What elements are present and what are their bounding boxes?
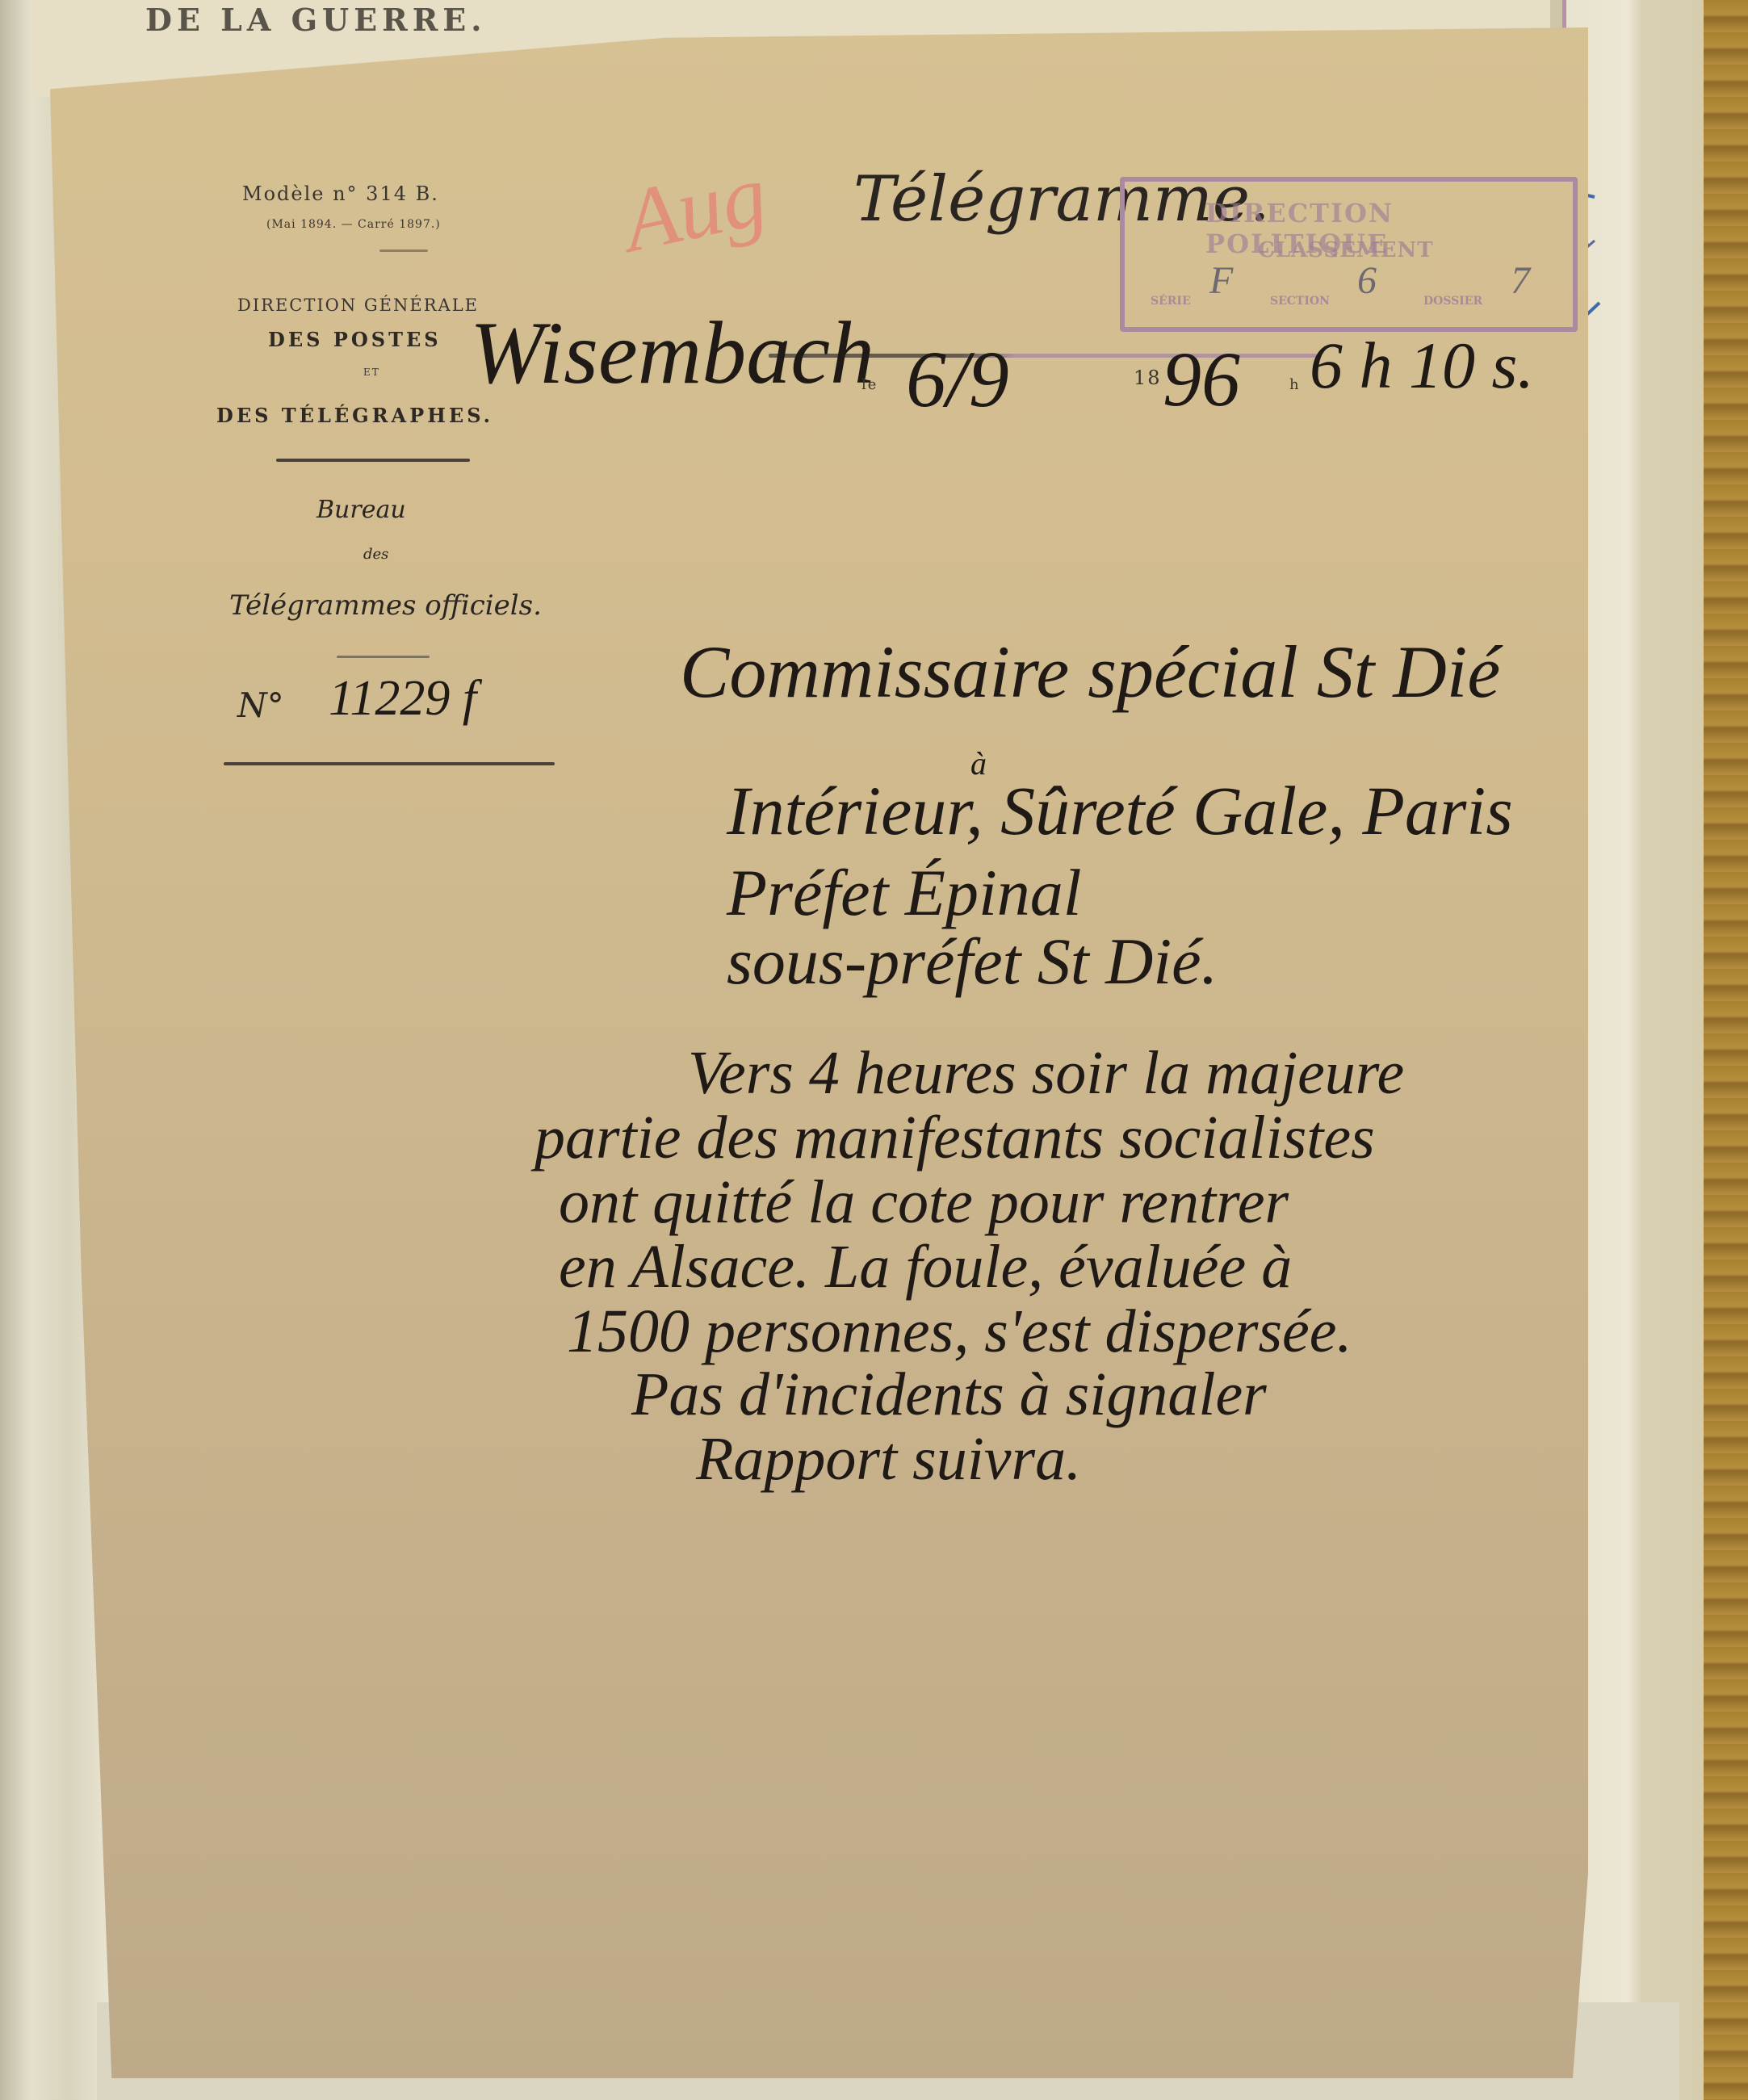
stamp-label-serie: SÉRIE	[1151, 295, 1191, 308]
message-line: Vers 4 heures soir la majeure	[688, 1038, 1404, 1109]
telegram-sheet: Modèle n° 314 B. (Mai 1894. — Carré 1897…	[50, 27, 1588, 2078]
origin-year-prefix: 18	[1134, 367, 1162, 389]
origin-time-label: h	[1289, 376, 1301, 393]
message-line: ont quitté la cote pour rentrer	[559, 1167, 1289, 1238]
origin-place: Wisembach	[470, 302, 874, 404]
direction-line2: DES POSTES	[268, 328, 442, 351]
stamp-value-section: 6	[1357, 258, 1377, 303]
stamp-value-dossier: 7	[1511, 258, 1530, 303]
recipient-line: sous-préfet St Dié.	[727, 924, 1218, 1000]
top-sheet-heading: DE LA GUERRE.	[145, 2, 487, 38]
origin-date: 6/9	[906, 333, 1009, 425]
divider	[276, 459, 470, 462]
stamp-label-dossier: DOSSIER	[1423, 295, 1482, 308]
telegram-number: 11229 f	[329, 670, 476, 727]
origin-year: 96	[1163, 334, 1240, 424]
background-wooden-table	[1704, 0, 1748, 2100]
message-line: partie des manifestants socialistes	[534, 1103, 1375, 1173]
direction-line3: DES TÉLÉGRAPHES.	[216, 404, 493, 427]
origin-le-label: le	[861, 376, 878, 393]
number-underline	[224, 762, 555, 765]
bureau-line1: Bureau	[316, 496, 406, 524]
model-subtitle: (Mai 1894. — Carré 1897.)	[266, 218, 441, 231]
direction-and: ET	[363, 367, 380, 378]
bureau-line3: Télégrammes officiels.	[229, 589, 542, 622]
message-line: Rapport suivra.	[696, 1424, 1081, 1494]
message-line: en Alsace. La foule, évaluée à	[559, 1232, 1292, 1302]
stamp-value-serie: F	[1209, 258, 1233, 303]
bureau-line2: des	[363, 546, 388, 563]
divider	[379, 249, 428, 252]
number-label: N°	[237, 685, 284, 725]
stamp-line2: CLASSEMENT	[1258, 238, 1434, 262]
red-pencil-annotation: Aug	[614, 143, 776, 273]
direction-line1: DIRECTION GÉNÉRALE	[237, 296, 479, 315]
recipient-line: Intérieur, Sûreté Gale, Paris	[727, 770, 1513, 851]
classification-stamp: DIRECTION POLITIQUE CLASSEMENT SÉRIE F S…	[1120, 177, 1578, 332]
message-line: Pas d'incidents à signaler	[631, 1360, 1267, 1430]
message-line: 1500 personnes, s'est dispersée.	[567, 1297, 1352, 1367]
origin-time: 6 h 10 s.	[1310, 328, 1534, 404]
divider	[337, 656, 430, 658]
sender: Commissaire spécial St Dié	[680, 629, 1500, 715]
stamp-label-section: SECTION	[1270, 295, 1330, 308]
recipient-line: Préfet Épinal	[727, 855, 1082, 931]
model-number: Modèle n° 314 B.	[242, 182, 439, 205]
